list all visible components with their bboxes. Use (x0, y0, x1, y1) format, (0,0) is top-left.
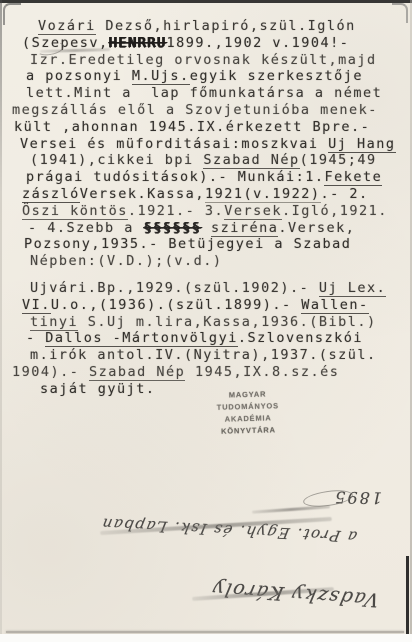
typed-line: megszállás elől a Szovjetunióba menek- (10, 102, 408, 119)
typed-text: egyik szerkesztője (190, 68, 363, 84)
typed-text: Izr.Eredetileg orvosnak készült,majd (30, 52, 377, 68)
typed-text: Dezső,hirlapiró,szül.Iglón (96, 18, 356, 34)
typed-paragraph: Ujvári.Bp.,1929.(szül.1902).- Uj Lex.VI.… (10, 280, 408, 398)
typed-text: prágai tudósitások).- Munkái:1. (26, 169, 324, 185)
scanned-catalog-card: Vozári Dezső,hirlapiró,szül.Iglón(Szepes… (0, 0, 412, 642)
typed-text: zászló (22, 186, 80, 203)
typed-text: sziréna (211, 220, 278, 237)
typed-text: saját gyüjt. (40, 381, 156, 397)
overstruck-text: HENRRU (109, 35, 167, 51)
typed-text: (1945;49 (300, 152, 377, 168)
typed-text: Versek (224, 203, 282, 220)
typed-text: megszállás elől a Szovjetunióba menek- (12, 102, 378, 118)
pencil-strike (252, 505, 330, 513)
typed-line: a pozsonyi M.Ujs.egyik szerkesztője (10, 68, 408, 85)
typed-text: kült ,ahonnan 1945.IX.érkezett Bpre.- (14, 119, 370, 135)
typed-text: 1945,IX.8.sz.és (185, 364, 339, 380)
typed-line: Pozsony,1935.- Betüjegyei a Szabad (10, 236, 408, 253)
typed-line: prágai tudósitások).- Munkái:1.Fekete (10, 169, 408, 186)
photo-edge-bar (406, 556, 409, 642)
typed-line: kült ,ahonnan 1945.IX.érkezett Bpre.- (10, 119, 408, 136)
typed-line: 1904).- Szabad Nép 1945,IX.8.sz.és (10, 364, 408, 381)
typed-text: M.Ujs. (132, 68, 190, 85)
typed-line: Öszi köntös.1921.- 3.Versek.Igló,1921. (10, 203, 408, 220)
typed-text: .- 2. (321, 186, 369, 202)
typed-text: VI. (22, 297, 51, 314)
typed-text: Népben:(V.D.);(v.d.) (30, 253, 223, 269)
typed-line: lett.Mint a lap főmunkatársa a német (10, 85, 408, 102)
typed-text: a pozsonyi (26, 68, 132, 84)
typed-text: - 4.Szebb a (28, 220, 144, 236)
typed-text: Ujvári.Bp.,1929.(szül.1902).- (30, 280, 319, 296)
typed-line: Ujvári.Bp.,1929.(szül.1902).- Uj Lex. (10, 280, 408, 297)
typed-text: Szabad Nép (203, 152, 299, 169)
typed-line: Izr.Eredetileg orvosnak készült,majd (10, 52, 408, 69)
typed-text: 1904).- (12, 364, 89, 380)
typed-text: (1941),cikkei bpi (30, 152, 203, 168)
typed-text: - (26, 330, 45, 346)
typed-line: - Dallos -Mártonvölgyi.Szlovenszkói (10, 330, 408, 347)
typed-text: tinyi (30, 314, 78, 331)
photo-bottom-margin (0, 634, 412, 642)
typed-text: Vozári (38, 18, 96, 35)
typed-line: VI.U.o.,(1936).(szül.1899).- Wallen- (10, 297, 408, 314)
typed-text: .Szlovenszkói (238, 330, 363, 346)
card-bottom-edge (6, 631, 404, 633)
overstruck-text: §§§§§§ (144, 220, 202, 236)
typed-text: S.Uj m.lira,Kassa,1936.(Bibl.) (78, 314, 376, 330)
typed-text: Dallos -Mártonvölgyi (45, 330, 238, 347)
typed-text: 1921(v.1922) (205, 186, 321, 203)
typed-text-block: Vozári Dezső,hirlapiró,szül.Iglón(Szepes… (10, 18, 408, 408)
typed-line: m.irók antol.IV.(Nyitra),1937.(szül. (10, 347, 408, 364)
photo-top-edge (0, 0, 412, 3)
typed-text: .Versek, (278, 220, 355, 236)
typed-line: tinyi S.Uj m.lira,Kassa,1936.(Bibl.) (10, 314, 408, 331)
typed-text: m.irók antol.IV.(Nyitra),1937.(szül. (30, 347, 377, 363)
typed-line: Vozári Dezső,hirlapiró,szül.Iglón (10, 18, 408, 35)
typed-text: Uj Lex. (319, 280, 386, 297)
typed-text: .Igló,1921. (282, 203, 388, 219)
typed-text: .1921.- 3. (128, 203, 224, 219)
typed-text: Versei és müforditásai:moszkvai (20, 136, 328, 152)
typed-text: Uj Hang (328, 136, 395, 153)
typed-text: lett.Mint a lap főmunkatársa a német (26, 85, 382, 101)
typed-line: Népben:(V.D.);(v.d.) (10, 253, 408, 270)
typed-text: Öszi köntös (22, 203, 128, 220)
stamp-line: TUDOMÁNYOS AKADÉMIA (193, 400, 304, 427)
typed-line: Versei és müforditásai:moszkvai Uj Hang (10, 136, 408, 153)
typed-text: Versek.Kassa, (80, 186, 205, 202)
typed-text: Szabad Nép (89, 364, 185, 381)
typed-line: (1941),cikkei bpi Szabad Nép(1945;49 (10, 152, 408, 169)
photo-left-edge (0, 0, 2, 642)
typed-line: - 4.Szebb a §§§§§§ sziréna.Versek, (10, 220, 408, 237)
typed-text: U.o.,(1936).(szül.1899).- (51, 297, 301, 313)
typed-line: zászlóVersek.Kassa,1921(v.1922).- 2. (10, 186, 408, 203)
typed-text: Fekete (324, 169, 382, 186)
typed-paragraph: Vozári Dezső,hirlapiró,szül.Iglón(Szepes… (10, 18, 408, 270)
typed-text: Pozsony,1935.- Betüjegyei a Szabad (24, 236, 351, 252)
typed-text (201, 220, 211, 236)
library-stamp: MAGYAR TUDOMÁNYOS AKADÉMIA KÖNYVTÁRA (192, 388, 303, 439)
typed-text: Wallen- (301, 297, 368, 314)
typed-text: 1899.,1902 v.1904!- (166, 35, 349, 51)
